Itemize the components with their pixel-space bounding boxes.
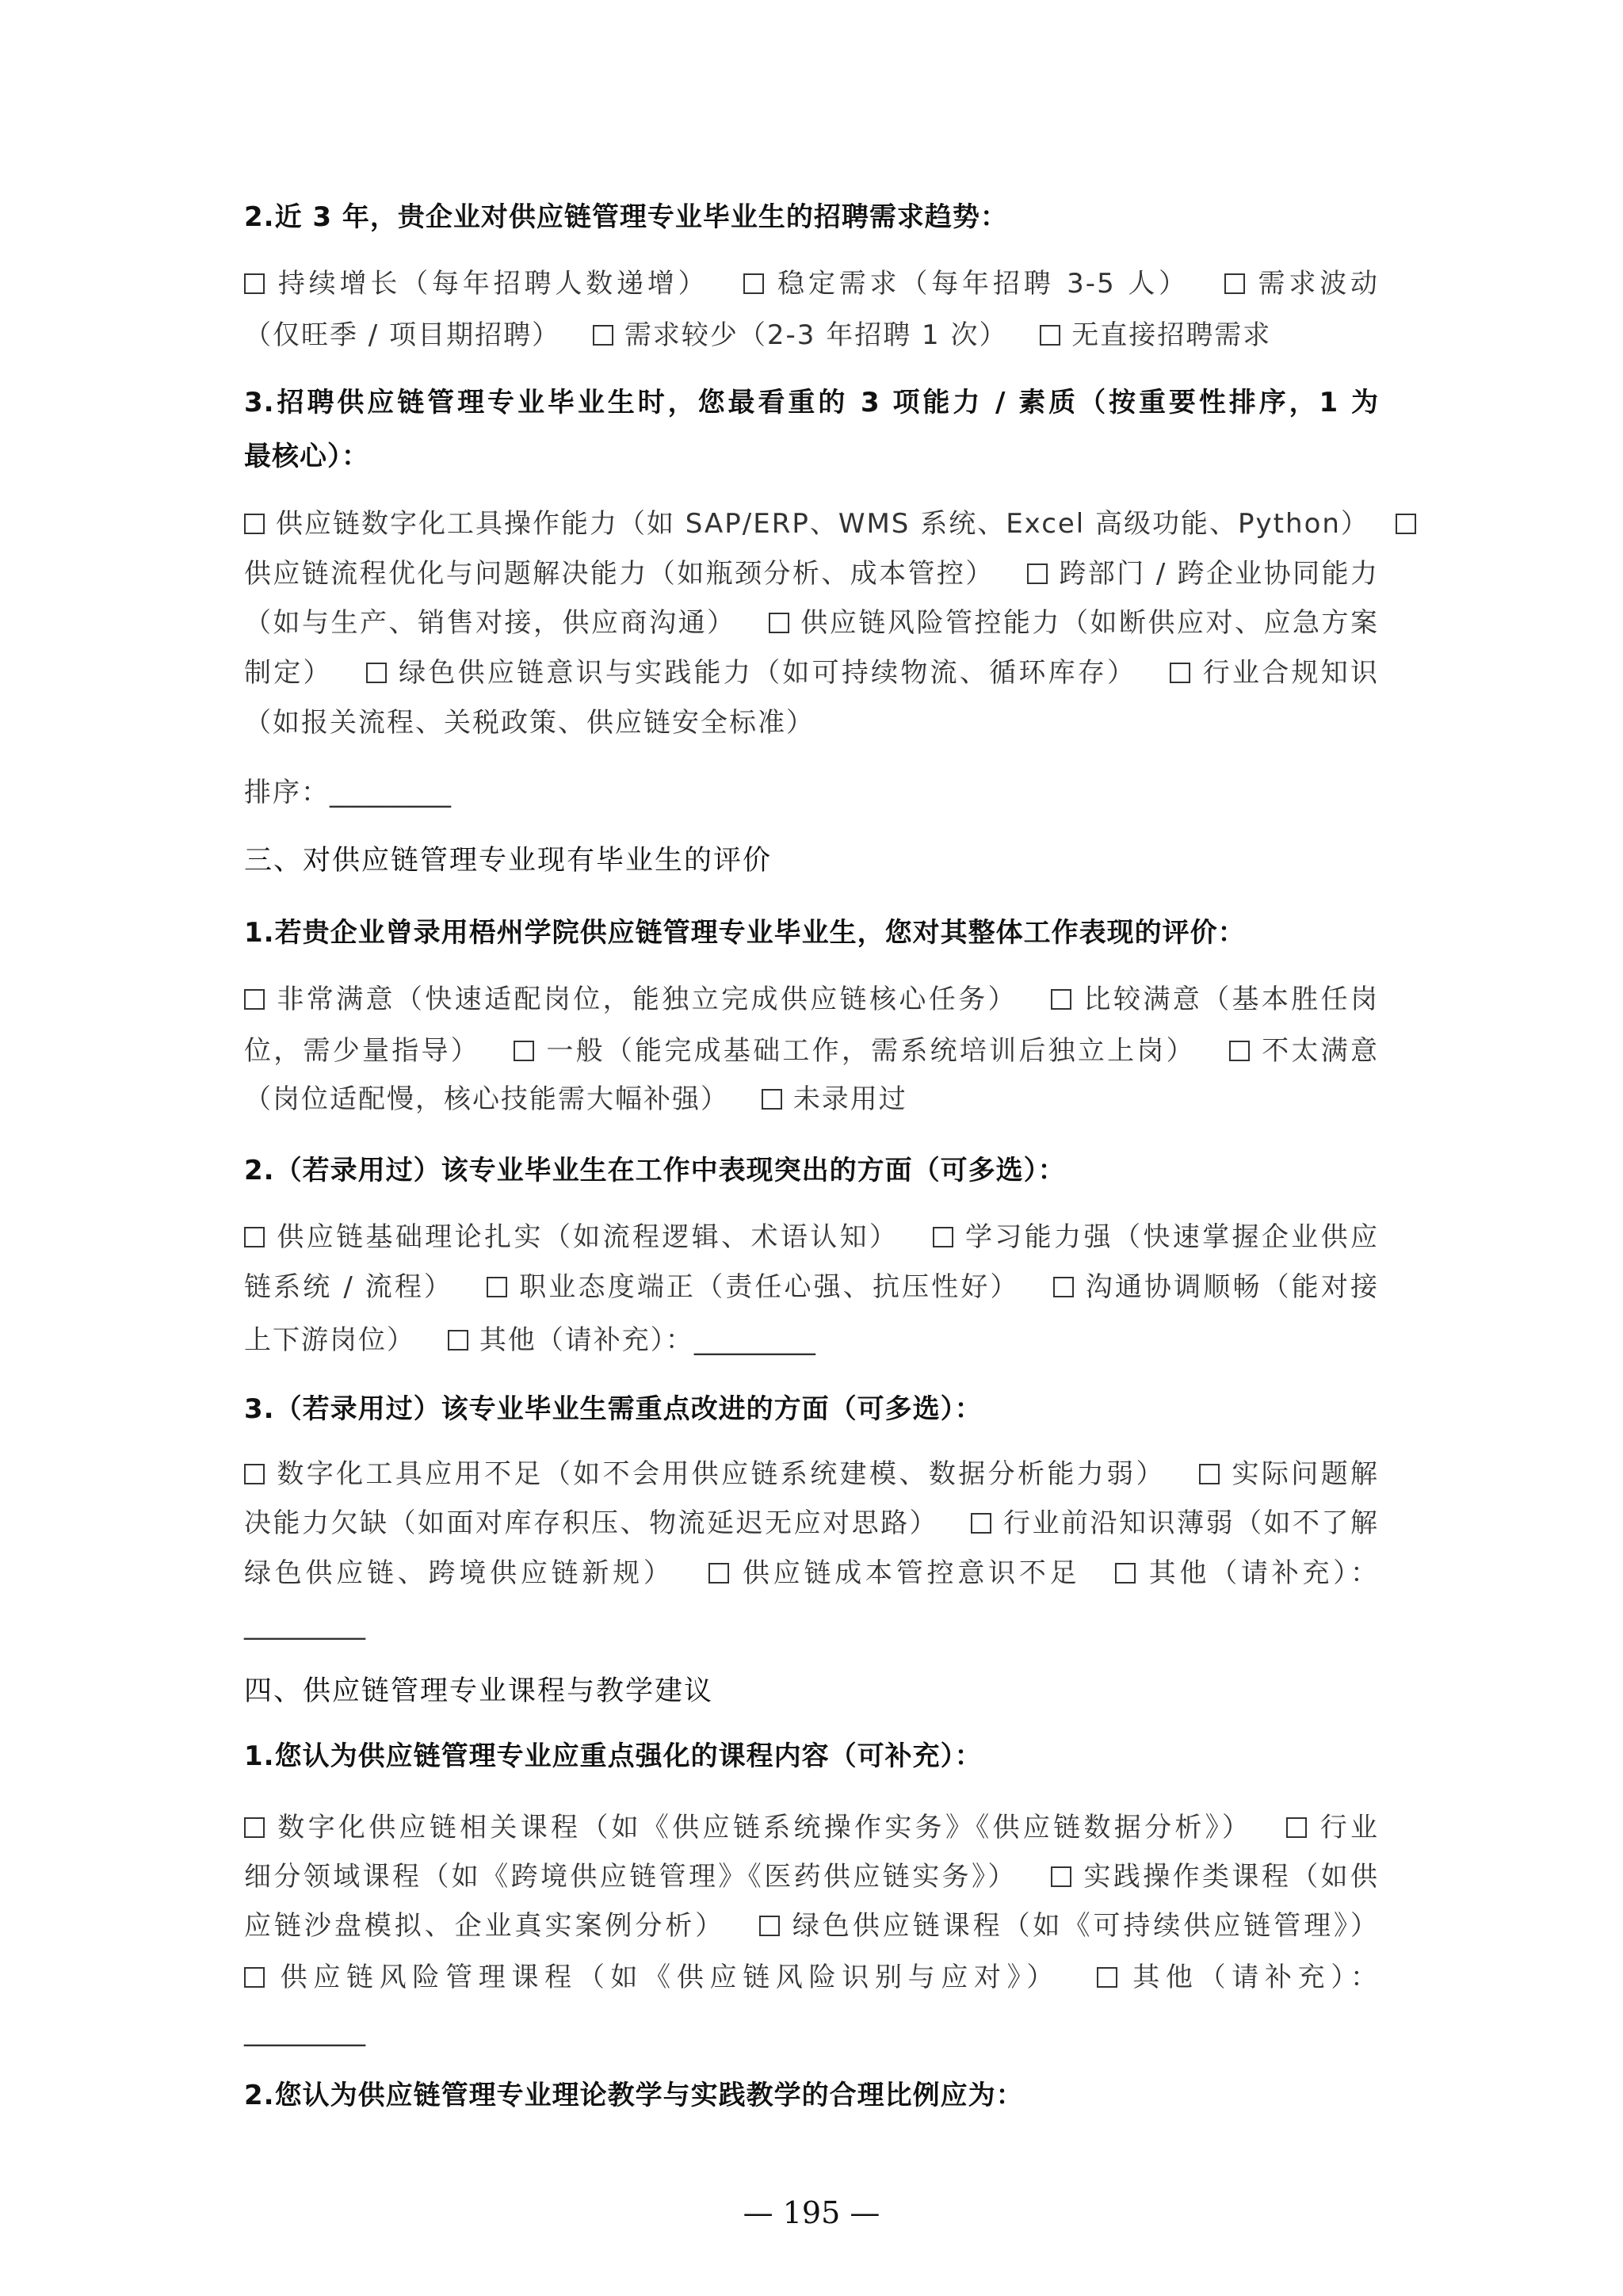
option-label-part: 行业合规知识 — [1201, 657, 1379, 689]
option-label: 一般（能完成基础工作，需系统培训后独立上岗） — [545, 1035, 1196, 1067]
options-line: （岗位适配慢，核心技能需大幅补强） 未录用过 — [244, 1077, 1379, 1121]
checkbox-icon[interactable] — [1286, 1817, 1307, 1838]
options-line: 持续增长（每年招聘人数递增） 稳定需求（每年招聘 3-5 人） 需求波动 — [244, 262, 1379, 306]
checkbox-icon[interactable] — [1229, 1041, 1250, 1061]
option-label: 需求较少（2-3 年招聘 1 次） — [624, 319, 1008, 351]
other-blank-input[interactable]: _________ — [244, 1609, 365, 1641]
options-line: 链系统 / 流程） 职业态度端正（责任心强、抗压性好） 沟通协调顺畅（能对接 — [244, 1265, 1379, 1309]
checkbox-icon[interactable] — [593, 325, 613, 346]
option-label: 供应链数字化工具操作能力（如 SAP/ERP、WMS 系统、Excel 高级功能… — [276, 508, 1369, 540]
option-label: 供应链基础理论扎实（如流程逻辑、术语认知） — [276, 1221, 899, 1253]
options-line: 供应链风险管理课程（如《供应链风险识别与应对》） 其他（请补充）： — [244, 1955, 1379, 2000]
checkbox-icon[interactable] — [743, 273, 764, 294]
option-label-part: 跨部门 / 跨企业协同能力 — [1059, 558, 1379, 590]
question-heading: 3.（若录用过）该专业毕业生需重点改进的方面（可多选）： — [244, 1387, 1379, 1431]
question-heading-cont: 最核心）： — [244, 434, 1379, 479]
checkbox-icon[interactable] — [244, 1464, 265, 1484]
checkbox-icon[interactable] — [244, 514, 265, 534]
rank-field: 排序：_________ — [244, 770, 1379, 815]
option-label-part: 供应链风险管控能力（如断供应对、应急方案 — [800, 607, 1379, 639]
option-label-part: 应链沙盘模拟、企业真实案例分析） — [244, 1910, 725, 1942]
other-blank-input[interactable]: _________ — [694, 1324, 815, 1356]
checkbox-icon[interactable] — [1224, 273, 1245, 294]
options-line: 非常满意（快速适配岗位，能独立完成供应链核心任务） 比较满意（基本胜任岗 — [244, 977, 1379, 1022]
question-heading: 1.您认为供应链管理专业应重点强化的课程内容（可补充）： — [244, 1734, 1379, 1778]
options-line: （如报关流程、关税政策、供应链安全标准） — [244, 701, 1379, 745]
option-label-part: 细分领域课程（如《跨境供应链管理》《医药供应链实务》） — [244, 1861, 1018, 1893]
section-heading: 四、供应链管理专业课程与教学建议 — [244, 1669, 1379, 1713]
option-label-part: 实际问题解 — [1231, 1458, 1379, 1490]
options-line: 数字化工具应用不足（如不会用供应链系统建模、数据分析能力弱） 实际问题解 — [244, 1452, 1379, 1496]
other-blank-input[interactable]: _________ — [244, 2015, 365, 2047]
option-label: 绿色供应链意识与实践能力（如可持续物流、循环库存） — [398, 657, 1137, 689]
checkbox-icon[interactable] — [514, 1041, 534, 1061]
question-heading: 2.近 3 年，贵企业对供应链管理专业毕业生的招聘需求趋势： — [244, 195, 1379, 239]
other-blank-line: _________ — [244, 2009, 1379, 2053]
options-line: 数字化供应链相关课程（如《供应链系统操作实务》《供应链数据分析》） 行业 — [244, 1805, 1379, 1850]
option-label: 供应链风险管理课程（如《供应链风险识别与应对》） — [276, 1962, 1060, 1993]
options-line: 应链沙盘模拟、企业真实案例分析） 绿色供应链课程（如《可持续供应链管理》） — [244, 1904, 1379, 1948]
options-line: 决能力欠缺（如面对库存积压、物流延迟无应对思路） 行业前沿知识薄弱（如不了解 — [244, 1501, 1379, 1545]
checkbox-icon[interactable] — [762, 1089, 782, 1110]
option-label-part: 绿色供应链、跨境供应链新规） — [244, 1557, 674, 1589]
option-label-part: 不太满意 — [1261, 1035, 1379, 1067]
checkbox-icon[interactable] — [1396, 514, 1416, 534]
checkbox-icon[interactable] — [1040, 325, 1060, 346]
option-label: 供应链流程优化与问题解决能力（如瓶颈分析、成本管控） — [244, 558, 995, 590]
checkbox-icon[interactable] — [1097, 1967, 1117, 1988]
option-label: 数字化供应链相关课程（如《供应链系统操作实务》《供应链数据分析》） — [276, 1812, 1252, 1843]
question-heading: 1.若贵企业曾录用梧州学院供应链管理专业毕业生，您对其整体工作表现的评价： — [244, 911, 1379, 955]
option-label-part: 链系统 / 流程） — [244, 1271, 453, 1303]
option-label-part: 学习能力强（快速掌握企业供应 — [964, 1221, 1379, 1253]
options-line: （如与生产、销售对接，供应商沟通） 供应链风险管控能力（如断供应对、应急方案 — [244, 601, 1379, 645]
checkbox-icon[interactable] — [448, 1330, 468, 1350]
checkbox-icon[interactable] — [1051, 1866, 1071, 1887]
checkbox-icon[interactable] — [1051, 989, 1071, 1010]
option-label: 绿色供应链课程（如《可持续供应链管理》） — [791, 1910, 1379, 1942]
option-label-part: （如与生产、销售对接，供应商沟通） — [244, 607, 736, 639]
checkbox-icon[interactable] — [1199, 1464, 1220, 1484]
rank-label: 排序： — [244, 777, 330, 808]
options-line: 绿色供应链、跨境供应链新规） 供应链成本管控意识不足 其他（请补充）： — [244, 1551, 1379, 1595]
option-label: 其他（请补充）： — [1128, 1962, 1379, 1993]
options-line: 供应链数字化工具操作能力（如 SAP/ERP、WMS 系统、Excel 高级功能… — [244, 502, 1379, 546]
checkbox-icon[interactable] — [769, 613, 789, 633]
option-label: 供应链成本管控意识不足 — [740, 1557, 1080, 1589]
option-label-part: 制定） — [244, 657, 333, 689]
option-label-part: （岗位适配慢，核心技能需大幅补强） — [244, 1083, 729, 1115]
options-line: 上下游岗位） 其他（请补充）：_________ — [244, 1318, 1379, 1362]
option-label-part: 需求波动 — [1256, 268, 1379, 300]
option-label: 数字化工具应用不足（如不会用供应链系统建模、数据分析能力弱） — [276, 1458, 1166, 1490]
option-label-part: 行业 — [1318, 1812, 1379, 1843]
options-line: 细分领域课程（如《跨境供应链管理》《医药供应链实务》） 实践操作类课程（如供 — [244, 1855, 1379, 1899]
option-label-part: 决能力欠缺（如面对库存积压、物流延迟无应对思路） — [244, 1507, 938, 1539]
checkbox-icon[interactable] — [244, 273, 265, 294]
checkbox-icon[interactable] — [708, 1563, 729, 1584]
checkbox-icon[interactable] — [244, 1817, 265, 1838]
option-label: 其他（请补充）： — [479, 1324, 694, 1356]
question-heading: 3.招聘供应链管理专业毕业生时，您最看重的 3 项能力 / 素质（按重要性排序，… — [244, 380, 1379, 425]
option-label-part: 比较满意（基本胜任岗 — [1083, 984, 1379, 1015]
checkbox-icon[interactable] — [1170, 663, 1190, 683]
checkbox-icon[interactable] — [244, 1967, 265, 1988]
question-heading: 2.（若录用过）该专业毕业生在工作中表现突出的方面（可多选）： — [244, 1148, 1379, 1193]
page-number: — 195 — — [0, 2195, 1623, 2230]
option-label-part: 位，需少量指导） — [244, 1035, 480, 1067]
options-line: 制定） 绿色供应链意识与实践能力（如可持续物流、循环库存） 行业合规知识 — [244, 651, 1379, 695]
option-label-part: 沟通协调顺畅（能对接 — [1085, 1271, 1379, 1303]
checkbox-icon[interactable] — [487, 1277, 507, 1297]
option-label: 持续增长（每年招聘人数递增） — [276, 268, 709, 300]
option-label-part: 上下游岗位） — [244, 1324, 415, 1356]
checkbox-icon[interactable] — [244, 1227, 265, 1247]
checkbox-icon[interactable] — [244, 989, 265, 1010]
option-label: 未录用过 — [793, 1083, 907, 1115]
checkbox-icon[interactable] — [1115, 1563, 1136, 1584]
other-blank-line: _________ — [244, 1603, 1379, 1647]
section-heading: 三、对供应链管理专业现有毕业生的评价 — [244, 839, 1379, 883]
rank-blank-input[interactable]: _________ — [330, 777, 451, 808]
options-line: 供应链流程优化与问题解决能力（如瓶颈分析、成本管控） 跨部门 / 跨企业协同能力 — [244, 552, 1379, 596]
option-label-part: 行业前沿知识薄弱（如不了解 — [1002, 1507, 1379, 1539]
checkbox-icon[interactable] — [759, 1916, 780, 1936]
checkbox-icon[interactable] — [971, 1513, 991, 1534]
checkbox-icon[interactable] — [1053, 1277, 1074, 1297]
options-line: （仅旺季 / 项目期招聘） 需求较少（2-3 年招聘 1 次） 无直接招聘需求 — [244, 313, 1379, 357]
checkbox-icon[interactable] — [1027, 563, 1048, 584]
option-label-part: （如报关流程、关税政策、供应链安全标准） — [244, 707, 815, 739]
options-line: 位，需少量指导） 一般（能完成基础工作，需系统培训后独立上岗） 不太满意 — [244, 1029, 1379, 1073]
checkbox-icon[interactable] — [366, 663, 387, 683]
option-label: 职业态度端正（责任心强、抗压性好） — [518, 1271, 1020, 1303]
option-label: 无直接招聘需求 — [1071, 319, 1271, 351]
document-page: 2.近 3 年，贵企业对供应链管理专业毕业生的招聘需求趋势： 持续增长（每年招聘… — [0, 0, 1623, 2296]
option-label: 非常满意（快速适配岗位，能独立完成供应链核心任务） — [276, 984, 1018, 1015]
checkbox-icon[interactable] — [933, 1227, 953, 1247]
options-line: 供应链基础理论扎实（如流程逻辑、术语认知） 学习能力强（快速掌握企业供应 — [244, 1215, 1379, 1259]
option-label-part: 实践操作类课程（如供 — [1083, 1861, 1379, 1893]
option-label-part: （仅旺季 / 项目期招聘） — [244, 319, 560, 351]
option-label: 其他（请补充）： — [1147, 1557, 1379, 1589]
question-heading: 2.您认为供应链管理专业理论教学与实践教学的合理比例应为： — [244, 2073, 1379, 2118]
option-label: 稳定需求（每年招聘 3-5 人） — [775, 268, 1190, 300]
